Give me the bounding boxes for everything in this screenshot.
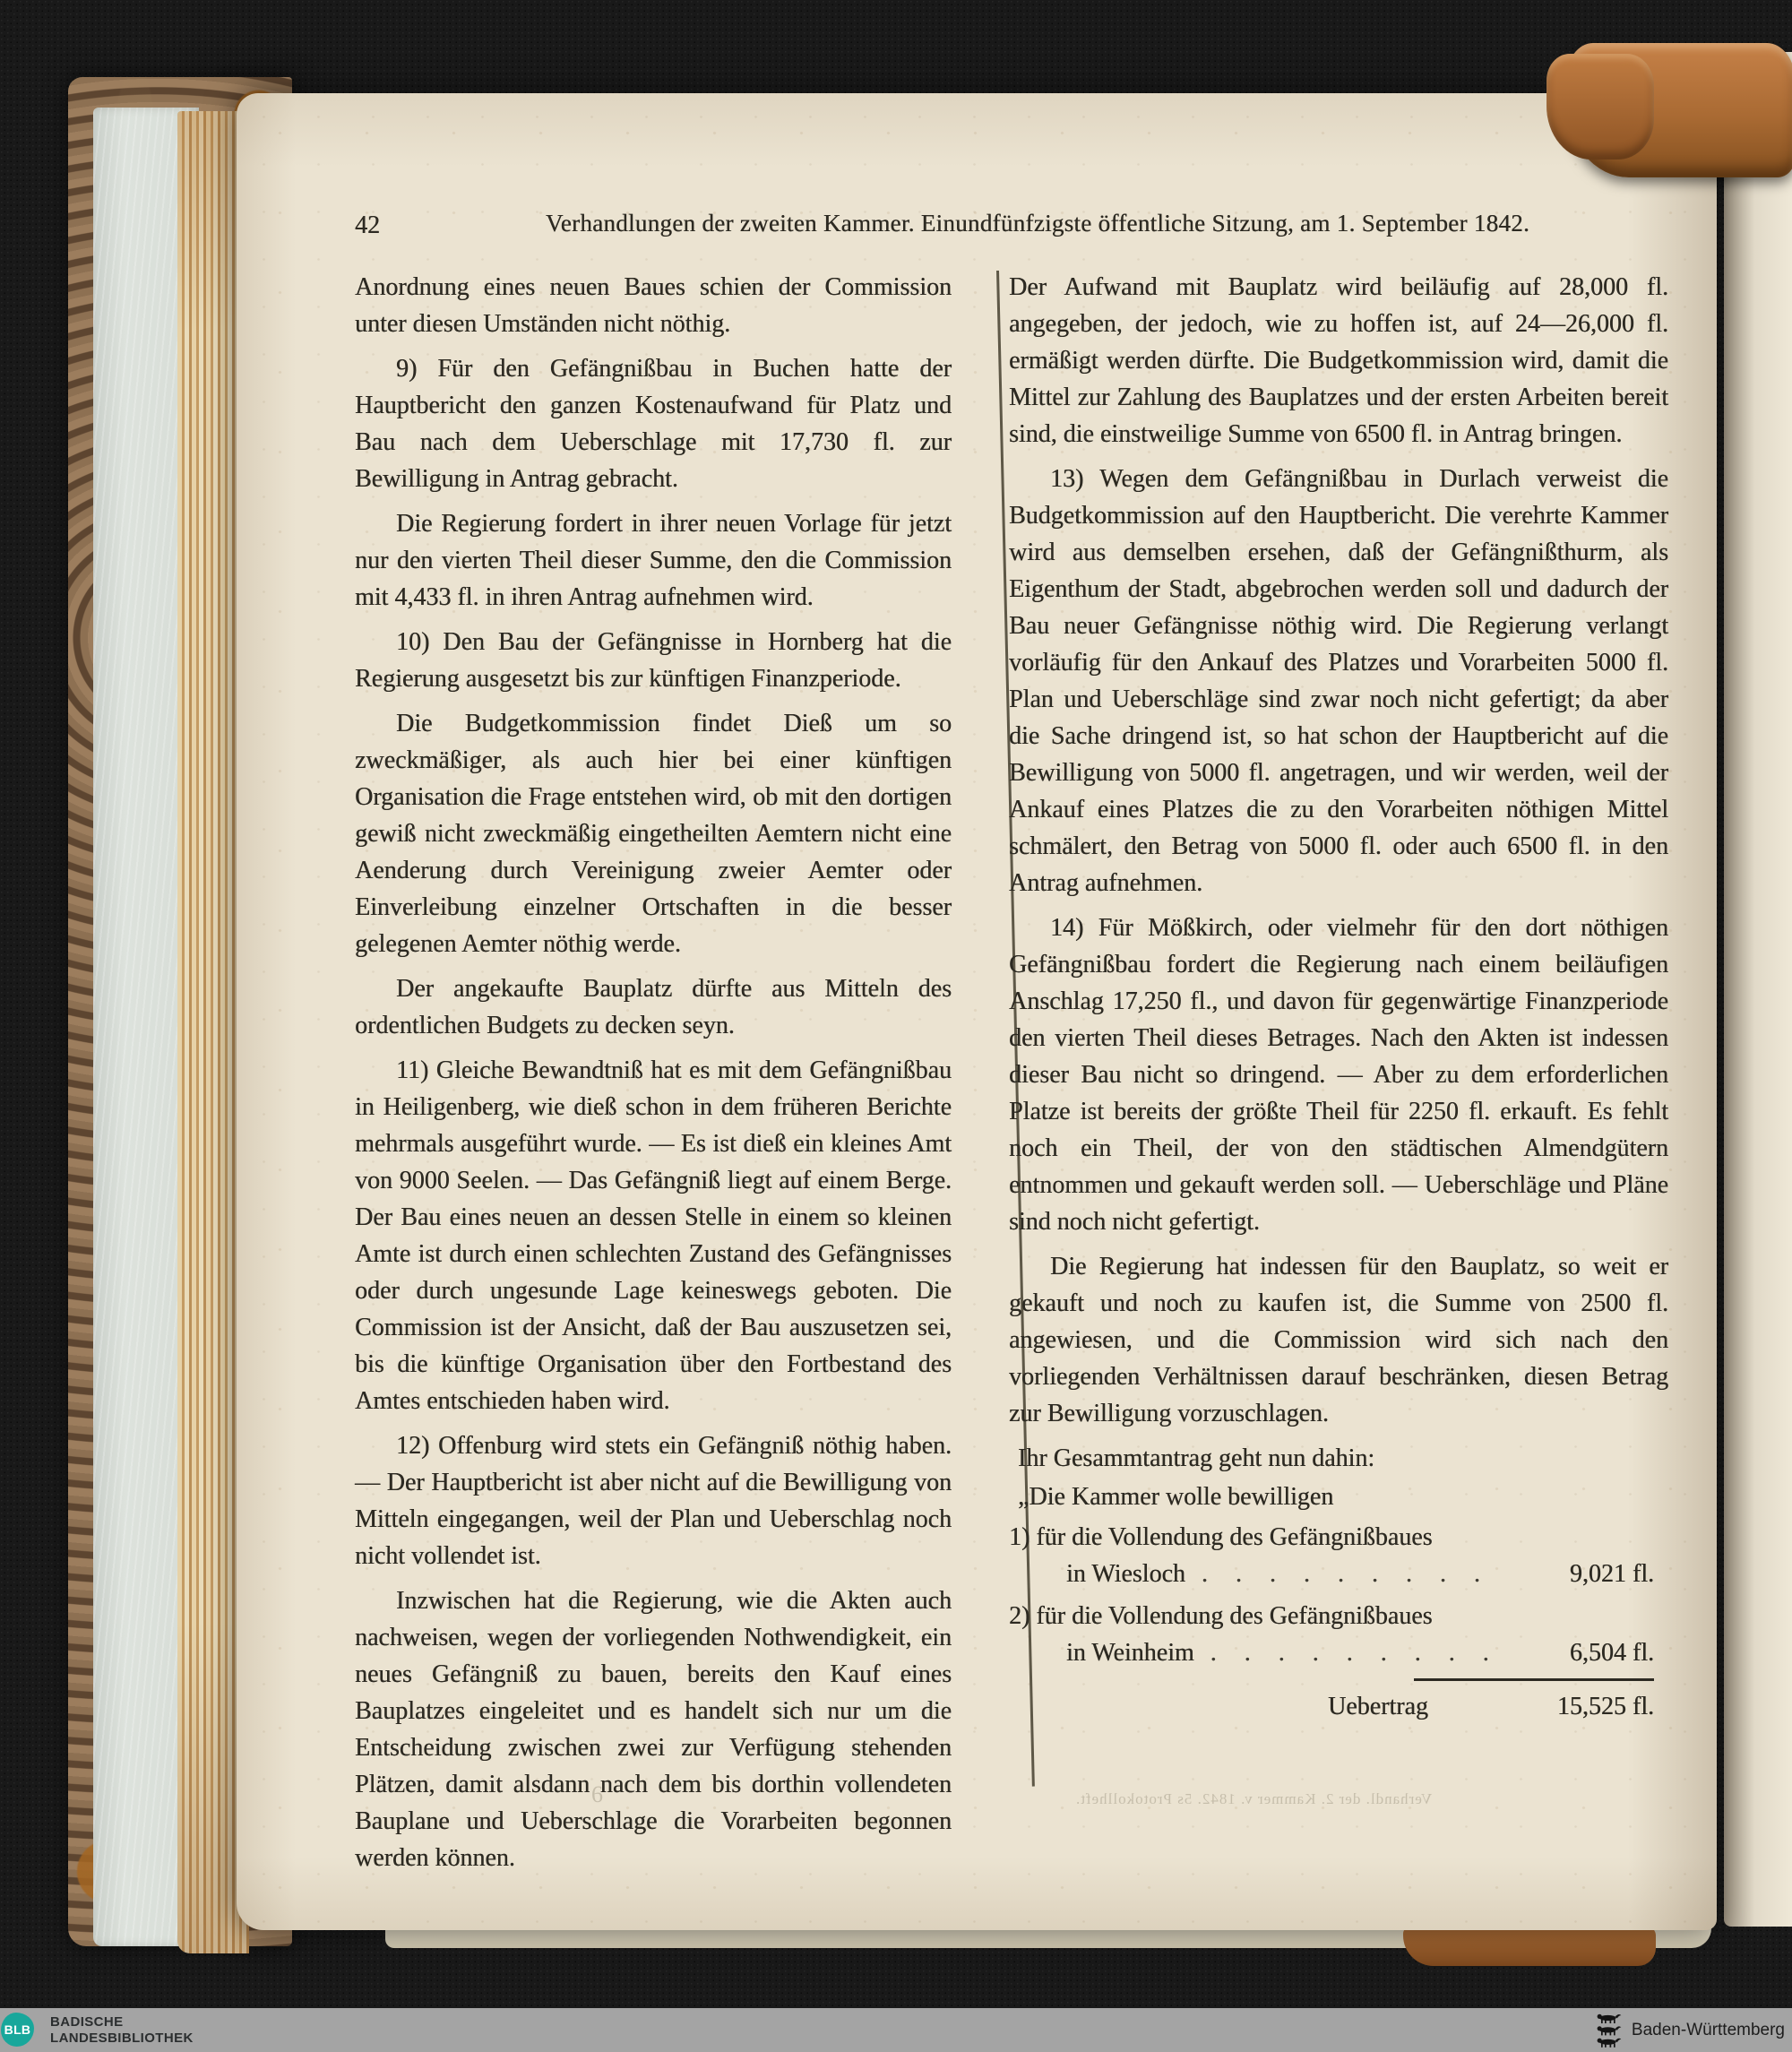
- paragraph: 12) Offenburg wird stets ein Gefängniß n…: [355, 1427, 952, 1574]
- motion-item: 1) für die Vollendung des Gefängnißbaues…: [1009, 1519, 1668, 1592]
- motion-item-label: 2) für die Vollendung des Gefängnißbaues: [1009, 1598, 1668, 1634]
- carryover-total-row: Uebertrag 15,525 fl.: [1414, 1678, 1654, 1725]
- motion-item-place: in Wiesloch: [1066, 1556, 1185, 1592]
- three-lions-crest-icon: [1596, 2013, 1623, 2048]
- paragraph: Anordnung eines neuen Baues schien der C…: [355, 269, 952, 342]
- paragraph: 13) Wegen dem Gefängnißbau in Durlach ve…: [1009, 461, 1668, 901]
- motion-intro: Ihr Gesammtantrag geht nun dahin:: [1009, 1440, 1668, 1477]
- leather-spine-top: [1566, 43, 1792, 177]
- blb-logo: BLB: [1, 2013, 34, 2047]
- paragraph: Der angekaufte Bauplatz dürfte aus Mitte…: [355, 970, 952, 1044]
- motion-item-amount: 6,504 fl.: [1570, 1634, 1654, 1671]
- state-logo: Baden-Württemberg: [1596, 2012, 1785, 2048]
- page-number: 42: [355, 211, 380, 240]
- leather-spine-bottom: [1403, 1927, 1656, 1966]
- page-header: 42 Verhandlungen der zweiten Kammer. Ein…: [355, 210, 1667, 247]
- paragraph: 14) Für Mößkirch, oder vielmehr für den …: [1009, 910, 1668, 1240]
- paragraph: Die Budgetkommission findet Dieß um so z…: [355, 705, 952, 962]
- dot-leader: . . . . . . . . .: [1194, 1634, 1570, 1671]
- motion-quote: „Die Kammer wolle bewilligen: [1009, 1479, 1668, 1515]
- paragraph: Die Regierung fordert in ihrer neuen Vor…: [355, 505, 952, 616]
- paragraph: 11) Gleiche Bewandtniß hat es mit dem Ge…: [355, 1052, 952, 1419]
- facing-page-sliver: [1724, 52, 1792, 1927]
- left-text-column: Anordnung eines neuen Baues schien der C…: [355, 269, 952, 1884]
- motion-item-amount: 9,021 fl.: [1570, 1556, 1654, 1592]
- motion-item: 2) für die Vollendung des Gefängnißbaues…: [1009, 1598, 1668, 1671]
- paragraph: Der Aufwand mit Bauplatz wird beiläufig …: [1009, 269, 1668, 453]
- paragraph: 10) Den Bau der Gefängnisse in Hornberg …: [355, 624, 952, 697]
- paragraph: Inzwischen hat die Regierung, wie die Ak…: [355, 1582, 952, 1876]
- carryover-label: Uebertrag: [1328, 1688, 1428, 1725]
- state-name: Baden-Württemberg: [1632, 2021, 1785, 2040]
- blb-logo-text: BLB: [4, 2022, 31, 2037]
- digitized-book-scan: 42 Verhandlungen der zweiten Kammer. Ein…: [0, 0, 1792, 2052]
- library-name-line2: LANDESBIBLIOTHEK: [50, 2030, 194, 2047]
- ghost-impressum-bleedthrough: Verhandl. der 2. Kammer v. 1842. 5s Prot…: [1075, 1790, 1432, 1808]
- paragraph: Die Regierung hat indessen für den Baupl…: [1009, 1248, 1668, 1432]
- carryover-amount: 15,525 fl.: [1557, 1688, 1654, 1725]
- paragraph: 9) Für den Gefängnißbau in Buchen hatte …: [355, 350, 952, 497]
- library-name: BADISCHE LANDESBIBLIOTHEK: [50, 2014, 194, 2047]
- dot-leader: . . . . . . . . .: [1185, 1556, 1570, 1592]
- library-name-line1: BADISCHE: [50, 2014, 194, 2030]
- right-text-column: Der Aufwand mit Bauplatz wird beiläufig …: [1009, 269, 1668, 1725]
- running-title: Verhandlungen der zweiten Kammer. Einund…: [409, 210, 1667, 237]
- library-footer-bar: BLB BADISCHE LANDESBIBLIOTHEK: [0, 2008, 1792, 2052]
- motion-item-label: 1) für die Vollendung des Gefängnißbaues: [1009, 1519, 1668, 1556]
- motion-item-place: in Weinheim: [1066, 1634, 1194, 1671]
